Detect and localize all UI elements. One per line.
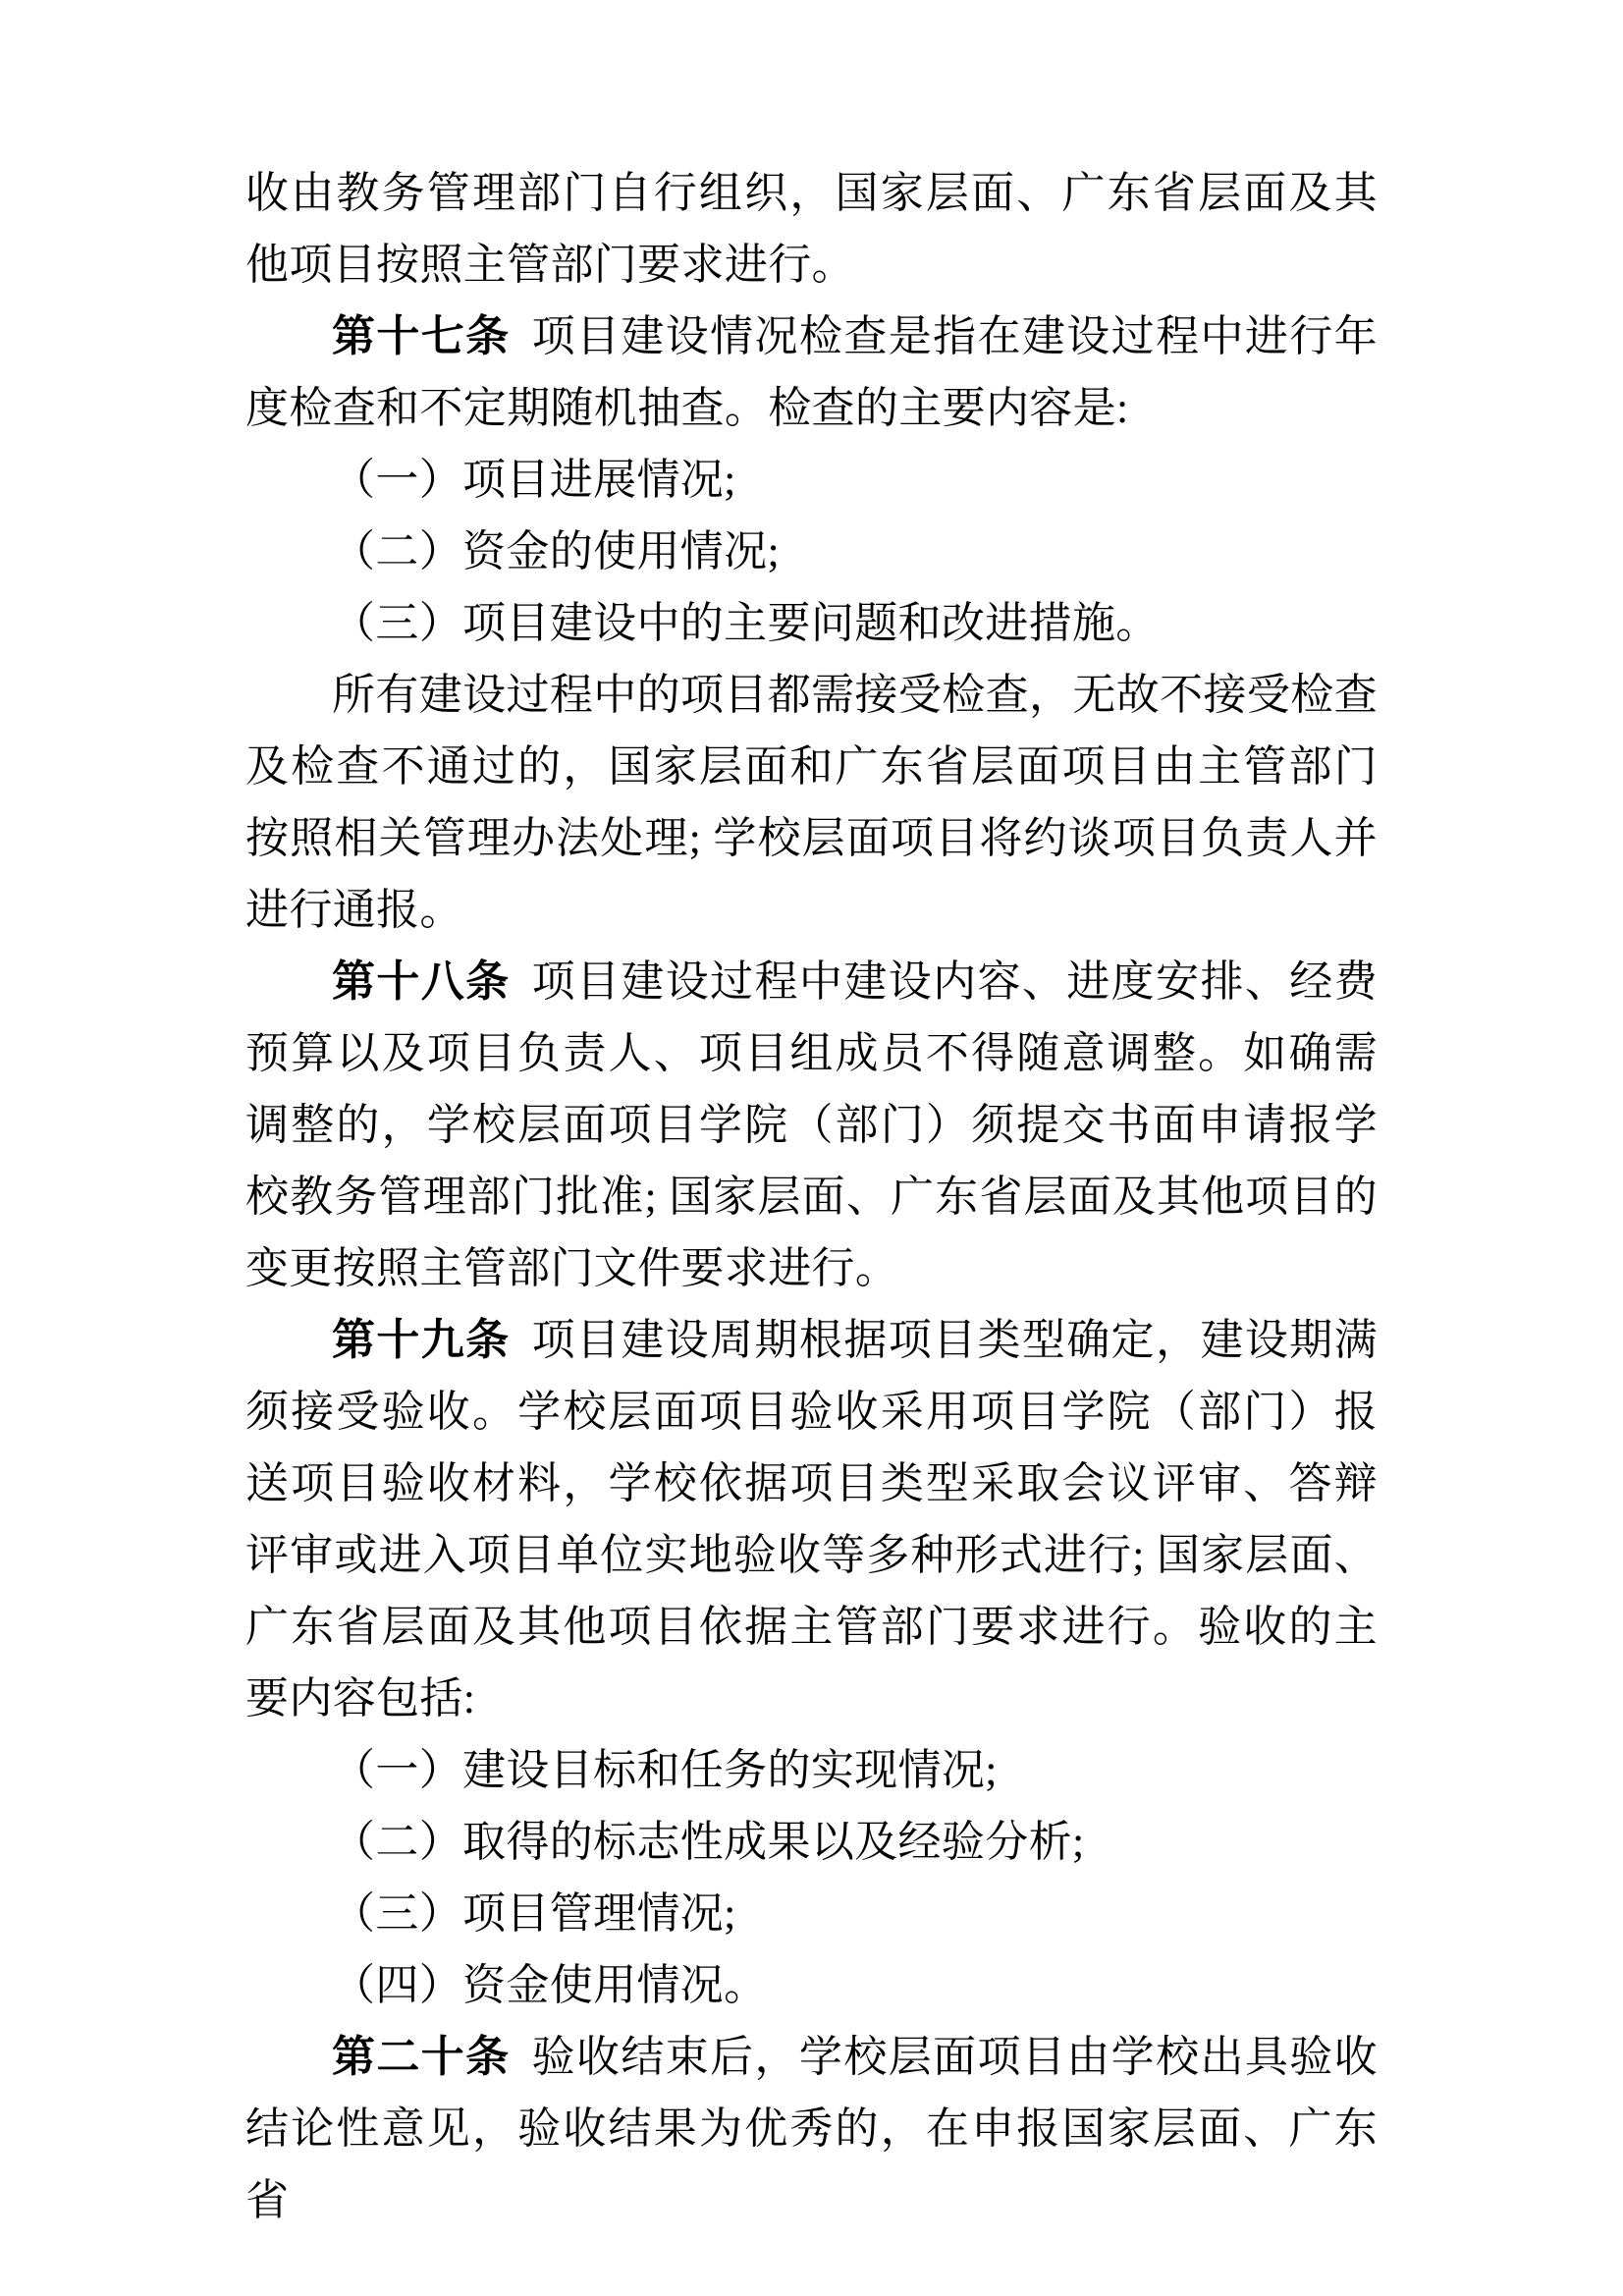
acceptance-item-4-text: （四）资金使用情况。 [332,1961,768,2009]
article-18-label: 第十八条 [332,957,511,1006]
check-item-1-text: （一）项目进展情况; [332,456,736,504]
article-20-label: 第二十条 [332,2033,511,2081]
check-item-2-text: （二）资金的使用情况; [332,527,780,575]
article-17-label: 第十七条 [332,312,511,360]
article-19-paragraph: 第十九条项目建设周期根据项目类型确定，建设期满须接受验收。学校层面项目验收采用项… [245,1304,1378,1734]
inspection-consequences-paragraph: 所有建设过程中的项目都需接受检查，无故不接受检查及检查不通过的，国家层面和广东省… [245,659,1378,946]
check-item-3: （三）项目建设中的主要问题和改进措施。 [245,587,1378,659]
article-19-label: 第十九条 [332,1316,511,1364]
article-20-paragraph: 第二十条验收结束后，学校层面项目由学校出具验收结论性意见，验收结果为优秀的，在申… [245,2021,1378,2236]
check-item-1: （一）项目进展情况; [245,444,1378,516]
check-item-3-text: （三）项目建设中的主要问题和改进措施。 [332,599,1160,647]
acceptance-item-3: （三）项目管理情况; [245,1878,1378,1949]
continuation-paragraph: 收由教务管理部门自行组织，国家层面、广东省层面及其他项目按照主管部门要求进行。 [245,157,1378,301]
article-19-text: 项目建设周期根据项目类型确定，建设期满须接受验收。学校层面项目验收采用项目学院（… [245,1316,1378,1722]
acceptance-item-3-text: （三）项目管理情况; [332,1889,736,1938]
acceptance-item-2-text: （二）取得的标志性成果以及经验分析; [332,1818,1085,1866]
acceptance-item-2: （二）取得的标志性成果以及经验分析; [245,1806,1378,1878]
check-item-2: （二）资金的使用情况; [245,516,1378,587]
acceptance-item-1-text: （一）建设目标和任务的实现情况; [332,1746,998,1794]
article-17-paragraph: 第十七条项目建设情况检查是指在建设过程中进行年度检查和不定期随机抽查。检查的主要… [245,301,1378,444]
document-page: 收由教务管理部门自行组织，国家层面、广东省层面及其他项目按照主管部门要求进行。 … [0,0,1623,2296]
acceptance-item-1: （一）建设目标和任务的实现情况; [245,1734,1378,1806]
article-18-paragraph: 第十八条项目建设过程中建设内容、进度安排、经费预算以及项目负责人、项目组成员不得… [245,946,1378,1304]
continuation-paragraph-text: 收由教务管理部门自行组织，国家层面、广东省层面及其他项目按照主管部门要求进行。 [245,169,1378,289]
article-18-text: 项目建设过程中建设内容、进度安排、经费预算以及项目负责人、项目组成员不得随意调整… [245,957,1378,1292]
inspection-consequences-text: 所有建设过程中的项目都需接受检查，无故不接受检查及检查不通过的，国家层面和广东省… [245,671,1378,934]
acceptance-item-4: （四）资金使用情况。 [245,1949,1378,2021]
